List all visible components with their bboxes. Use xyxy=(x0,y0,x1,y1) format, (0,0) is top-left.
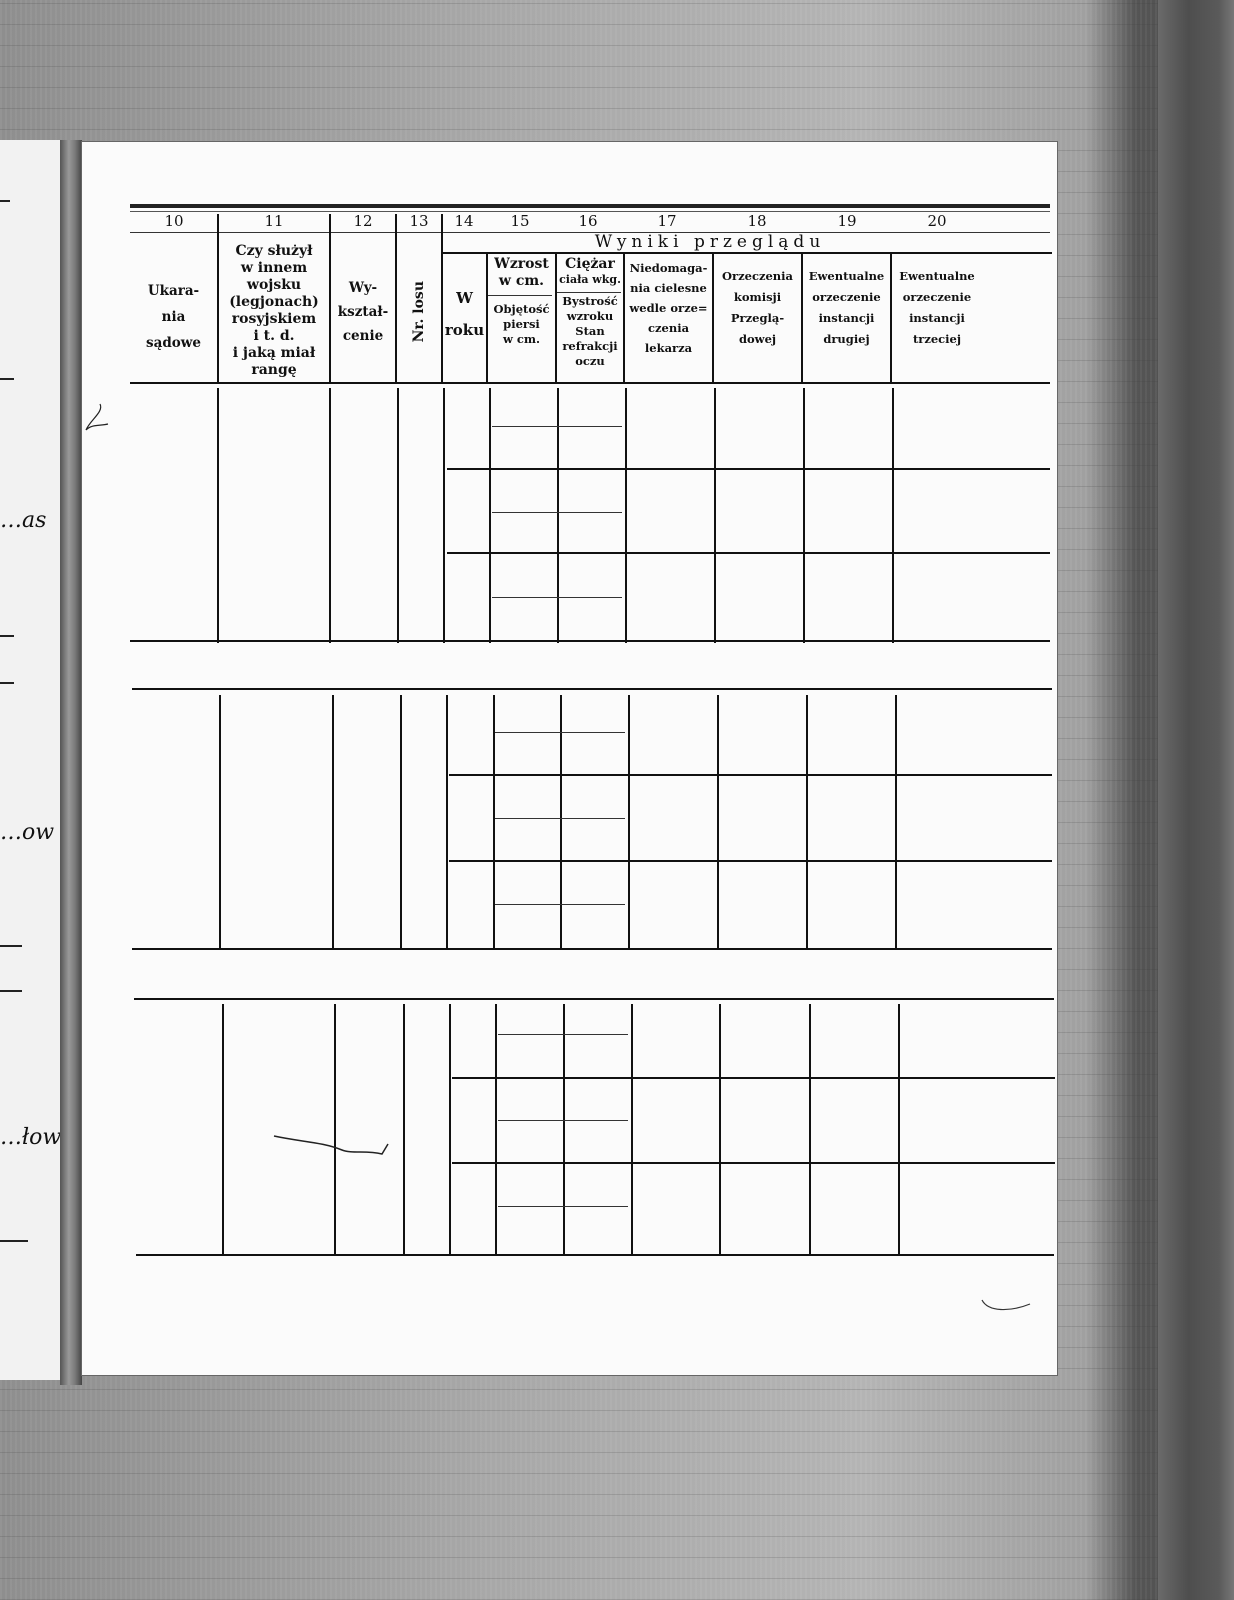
column-number: 16 xyxy=(554,212,622,230)
section-title: Wyniki przeglądu xyxy=(440,232,980,252)
sub-rule xyxy=(557,292,621,293)
left-rule xyxy=(0,1240,28,1242)
col-divider xyxy=(898,1004,900,1256)
measure-rule xyxy=(498,1120,628,1121)
col-divider xyxy=(628,695,630,950)
col-divider xyxy=(495,1004,497,1256)
left-rule xyxy=(0,200,10,202)
header-text: Nr. losu xyxy=(410,281,428,342)
left-rule xyxy=(0,682,14,684)
sub-row-rule xyxy=(449,774,1052,776)
header-text: drugiej xyxy=(803,329,890,350)
header-text: rosyjskiem xyxy=(219,311,329,328)
header-text: instancji xyxy=(803,308,890,329)
header-text: Przeglą- xyxy=(714,308,801,329)
col-divider xyxy=(895,695,897,950)
column-number: 11 xyxy=(218,212,330,230)
measure-rule xyxy=(498,1034,628,1035)
header-text: lekarza xyxy=(625,338,712,358)
header-text: instancji xyxy=(892,308,982,329)
column-number: 18 xyxy=(712,212,802,230)
header-text: Czy służył xyxy=(219,243,329,260)
column-number: 20 xyxy=(892,212,982,230)
header-text: orzeczenie xyxy=(892,287,982,308)
header-col-14: W roku xyxy=(443,254,486,374)
header-text: refrakcji xyxy=(557,339,623,354)
header-text: oczu xyxy=(557,354,623,369)
measure-rule xyxy=(495,732,625,733)
header-text: (legjonach) xyxy=(219,294,329,311)
header-text: wzroku xyxy=(557,309,623,324)
col-divider xyxy=(563,1004,565,1256)
header-col-13: Nr. losu xyxy=(397,252,441,372)
measure-rule xyxy=(498,1206,628,1207)
handwriting-fragment: …as xyxy=(0,508,46,533)
header-col-20: Ewentualne orzeczenie instancji trzeciej xyxy=(892,266,982,366)
header-bottom-rule xyxy=(130,382,1050,384)
header-text: Orzeczenia xyxy=(714,266,801,287)
column-number: 13 xyxy=(396,212,442,230)
col-divider xyxy=(714,388,716,643)
header-text: dowej xyxy=(714,329,801,350)
header-col-11: Czy służył w innem wojsku (legjonach) ro… xyxy=(219,236,329,386)
left-rule xyxy=(0,378,14,380)
header-text: Ukara- xyxy=(130,282,217,300)
header-text: wojsku xyxy=(219,277,329,294)
record-top-rule xyxy=(132,688,1052,690)
record-bottom-rule xyxy=(132,948,1052,950)
header-text: czenia xyxy=(625,318,712,338)
header-text: sądowe xyxy=(130,334,217,352)
header-text: trzeciej xyxy=(892,329,982,350)
col-divider xyxy=(332,695,334,950)
header-text: komisji xyxy=(714,287,801,308)
column-number: 17 xyxy=(622,212,712,230)
sub-rule xyxy=(488,295,552,296)
column-number: 19 xyxy=(802,212,892,230)
header-text: wedle orze= xyxy=(625,298,712,318)
margin-mark xyxy=(82,402,112,442)
header-col-18: Orzeczenia komisji Przeglą- dowej xyxy=(714,266,801,366)
col-divider xyxy=(329,388,331,643)
header-text: Stan xyxy=(557,324,623,339)
col-divider xyxy=(400,695,402,950)
col-divider xyxy=(717,695,719,950)
sub-row-rule xyxy=(447,552,1050,554)
header-text: Ewentualne xyxy=(803,266,890,287)
header-col-10: Ukara- nia sądowe xyxy=(130,252,217,382)
sub-row-rule xyxy=(449,860,1052,862)
header-text: w innem xyxy=(219,260,329,277)
col-divider xyxy=(625,388,627,643)
header-text: Ciężar xyxy=(557,256,623,272)
measure-rule xyxy=(492,426,622,427)
record-bottom-rule xyxy=(130,640,1050,642)
header-text: Bystrość xyxy=(557,294,623,309)
col-divider xyxy=(403,1004,405,1256)
header-text: roku xyxy=(443,321,486,339)
col-divider xyxy=(446,695,448,950)
header-text: i t. d. xyxy=(219,328,329,345)
header-col-16-bottom: Bystrość wzroku Stan refrakcji oczu xyxy=(557,294,623,384)
header-text: Objętość xyxy=(488,302,555,317)
col-divider xyxy=(217,388,219,643)
header-text: nia xyxy=(130,308,217,326)
header-text: Wy- xyxy=(331,279,395,297)
header-col-15-top: Wzrost w cm. xyxy=(488,256,555,296)
header-col-16-top: Ciężar ciała wkg. xyxy=(557,256,623,296)
header-col-17: Niedomaga- nia cielesne wedle orze= czen… xyxy=(625,258,712,380)
col-divider xyxy=(397,388,399,643)
header-col-19: Ewentualne orzeczenie instancji drugiej xyxy=(803,266,890,366)
header-col-15-bottom: Objętość piersi w cm. xyxy=(488,302,555,372)
sub-row-rule xyxy=(452,1077,1055,1079)
col-divider xyxy=(493,695,495,950)
book-spine xyxy=(60,140,82,1385)
record-top-rule xyxy=(134,998,1054,1000)
scanner-shadow xyxy=(1158,0,1234,1600)
col-divider xyxy=(222,1004,224,1256)
col-divider xyxy=(443,388,445,643)
record-bottom-rule xyxy=(136,1254,1054,1256)
header-text: cenie xyxy=(331,327,395,345)
col-divider xyxy=(560,695,562,950)
col-divider xyxy=(803,388,805,643)
header-text: ciała wkg. xyxy=(557,272,623,288)
col-divider xyxy=(719,1004,721,1256)
header-col-12: Wy- kształ- cenie xyxy=(331,252,395,372)
header-text: Ewentualne xyxy=(892,266,982,287)
header-text: Niedomaga- xyxy=(625,258,712,278)
header-text: w cm. xyxy=(488,273,555,290)
header-text: piersi xyxy=(488,317,555,332)
section-rule xyxy=(442,252,1052,254)
sub-row-rule xyxy=(447,468,1050,470)
col-divider xyxy=(806,695,808,950)
left-rule xyxy=(0,990,22,992)
column-number: 12 xyxy=(330,212,396,230)
measure-rule xyxy=(495,818,625,819)
register-sheet: 10 11 12 13 14 15 16 17 18 19 20 Wyniki … xyxy=(82,142,1057,1375)
col-divider xyxy=(489,388,491,643)
handwriting-fragment: …ow xyxy=(0,820,54,845)
header-text: kształ- xyxy=(331,303,395,321)
header-text: w cm. xyxy=(488,332,555,347)
left-rule xyxy=(0,635,14,637)
column-number: 15 xyxy=(486,212,554,230)
col-divider xyxy=(449,1004,451,1256)
header-text: i jaką miał xyxy=(219,345,329,362)
handwriting-fragment: …łow. xyxy=(0,1125,66,1150)
header-text: W xyxy=(443,289,486,307)
measure-rule xyxy=(495,904,625,905)
col-divider xyxy=(334,1004,336,1256)
handwritten-dash xyxy=(272,1132,402,1172)
col-divider xyxy=(631,1004,633,1256)
corner-mark xyxy=(980,1292,1040,1322)
left-rule xyxy=(0,945,22,947)
col-divider xyxy=(809,1004,811,1256)
measure-rule xyxy=(492,597,622,598)
column-number: 10 xyxy=(130,212,218,230)
header-text: rangę xyxy=(219,362,329,379)
header-text: nia cielesne xyxy=(625,278,712,298)
column-number: 14 xyxy=(442,212,486,230)
col-divider xyxy=(219,695,221,950)
measure-rule xyxy=(492,512,622,513)
top-rule xyxy=(130,204,1050,208)
header-text: Wzrost xyxy=(488,256,555,273)
header-text: orzeczenie xyxy=(803,287,890,308)
sub-row-rule xyxy=(452,1162,1055,1164)
col-divider xyxy=(892,388,894,643)
